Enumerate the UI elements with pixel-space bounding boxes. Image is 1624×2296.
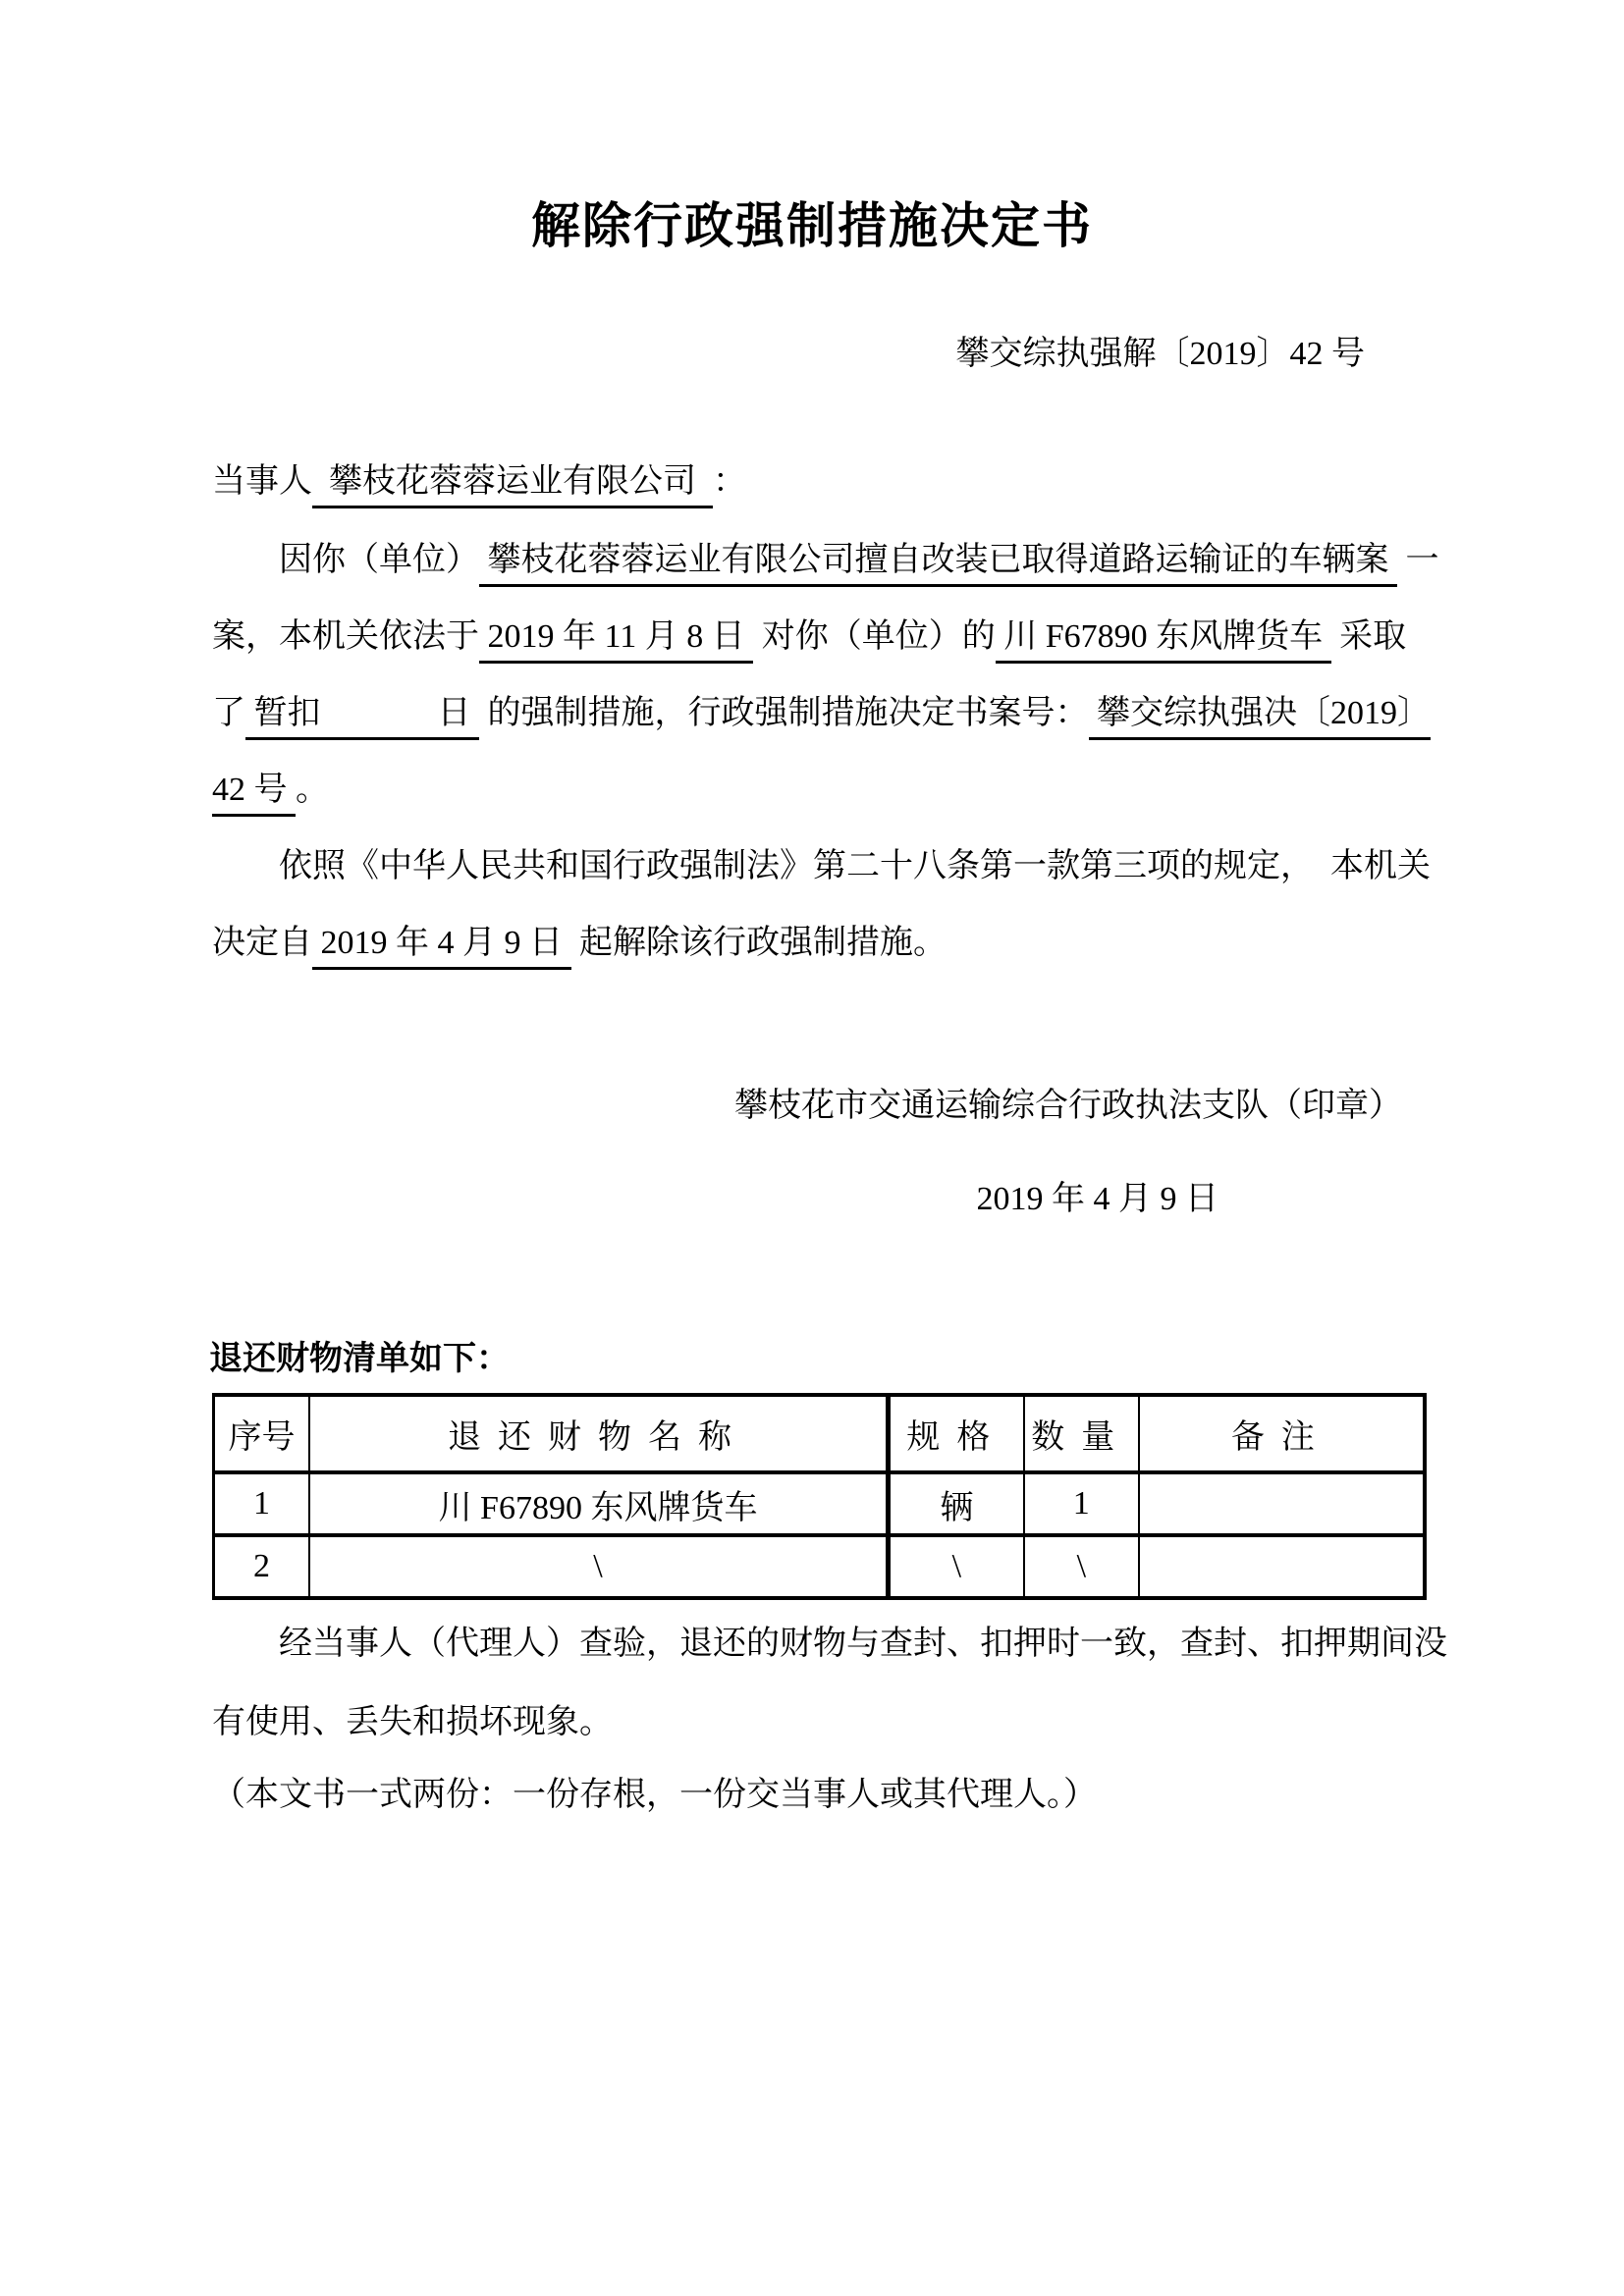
table-body: 1 川 F67890 东风牌货车 辆 1 2 \ \ \ — [214, 1472, 1426, 1598]
header-seq: 序号 — [214, 1395, 309, 1472]
body-text: 采取 — [1331, 618, 1407, 655]
body-line-4: 42 号 。 — [212, 768, 1439, 817]
body-line-5: 依照《中华人民共和国行政强制法》第二十八条第一款第三项的规定， 本机关 — [212, 844, 1506, 889]
measure-type-blank: 暂扣 日 — [245, 694, 479, 740]
case-number-blank-cont: 42 号 — [212, 771, 296, 817]
header-note: 备注 — [1139, 1395, 1425, 1472]
body-text: 起解除该行政强制措施。 — [571, 925, 947, 961]
body-text: 经当事人（代理人）查验，退还的财物与查封、扣押时一致，查封、扣押期间没 — [279, 1626, 1447, 1662]
party-line: 当事人 攀枝花蓉蓉运业有限公司 ： — [212, 459, 1439, 508]
body-text: 因你（单位） — [279, 542, 479, 578]
cell-item-name: 川 F67890 东风牌货车 — [309, 1472, 889, 1535]
release-date-blank: 2019 年 4 月 9 日 — [312, 924, 571, 970]
table-row: 1 川 F67890 东风牌货车 辆 1 — [214, 1472, 1426, 1535]
header-qty: 数量 — [1024, 1395, 1139, 1472]
table-header-row: 序号 退还财物名称 规格 数量 备注 — [214, 1395, 1426, 1472]
body-text: 案，本机关依法于 — [212, 618, 479, 655]
measure-date-blank: 2019 年 11 月 8 日 — [479, 617, 753, 664]
body-text: 有使用、丢失和损坏现象。 — [212, 1704, 613, 1740]
cell-spec: 辆 — [889, 1472, 1024, 1535]
body-text: 一 — [1397, 542, 1439, 578]
cell-seq: 1 — [214, 1472, 309, 1535]
party-name-blank: 攀枝花蓉蓉运业有限公司 — [312, 462, 713, 508]
doc-number: 攀交综执强解〔2019〕42 号 — [956, 326, 1366, 374]
copies-note-line: （本文书一式两份：一份存根，一份交当事人或其代理人。） — [212, 1773, 1439, 1818]
document-title: 解除行政强制措施决定书 — [0, 187, 1624, 257]
body-text: 对你（单位）的 — [753, 618, 996, 655]
document-page: 解除行政强制措施决定书 攀交综执强解〔2019〕42 号 当事人 攀枝花蓉蓉运业… — [0, 0, 1624, 2296]
returned-items-heading: 退还财物清单如下： — [209, 1331, 510, 1379]
header-spec: 规格 — [889, 1395, 1024, 1472]
body-line-3: 了 暂扣 日 的强制措施，行政强制措施决定书案号： 攀交综执强决〔2019〕 — [212, 691, 1439, 740]
body-line-1: 因你（单位） 攀枝花蓉蓉运业有限公司擅自改装已取得道路运输证的车辆案 一 — [212, 538, 1506, 587]
party-label: 当事人 — [212, 463, 312, 500]
issuing-authority-signature: 攀枝花市交通运输综合行政执法支队（印章） — [212, 1078, 1427, 1126]
body-text: （本文书一式两份：一份存根，一份交当事人或其代理人。） — [212, 1777, 1097, 1813]
cell-note — [1139, 1472, 1425, 1535]
cell-qty: 1 — [1024, 1472, 1139, 1535]
body-text: 依照《中华人民共和国行政强制法》第二十八条第一款第三项的规定， 本机关 — [279, 848, 1431, 884]
party-colon: ： — [713, 463, 746, 500]
case-name-blank: 攀枝花蓉蓉运业有限公司擅自改装已取得道路运输证的车辆案 — [479, 541, 1397, 587]
case-number-blank: 攀交综执强决〔2019〕 — [1089, 694, 1432, 740]
body-text: 的强制措施，行政强制措施决定书案号： — [479, 695, 1089, 731]
cell-note — [1139, 1535, 1425, 1598]
doc-number-line: 攀交综执强解〔2019〕42 号 — [212, 326, 1427, 374]
cell-qty-crossed: \ — [1024, 1535, 1139, 1598]
table-row: 2 \ \ \ — [214, 1535, 1426, 1598]
returned-items-table: 序号 退还财物名称 规格 数量 备注 1 川 F67890 东风牌货车 辆 1 … — [212, 1393, 1427, 1600]
cell-item-name-crossed: \ — [309, 1535, 889, 1598]
body-line-6: 决定自 2019 年 4 月 9 日 起解除该行政强制措施。 — [212, 921, 1439, 970]
table-head: 序号 退还财物名称 规格 数量 备注 — [214, 1395, 1426, 1472]
cell-seq: 2 — [214, 1535, 309, 1598]
body-text: 决定自 — [212, 925, 312, 961]
body-line-2: 案，本机关依法于 2019 年 11 月 8 日 对你（单位）的 川 F6789… — [212, 614, 1439, 664]
verification-line-1: 经当事人（代理人）查验，退还的财物与查封、扣押时一致，查封、扣押期间没 — [212, 1622, 1506, 1667]
body-text: 。 — [296, 772, 329, 808]
verification-line-2: 有使用、丢失和损坏现象。 — [212, 1700, 1439, 1745]
body-text: 了 — [212, 695, 245, 731]
cell-spec-crossed: \ — [889, 1535, 1024, 1598]
issue-date: 2019 年 4 月 9 日 — [212, 1171, 1427, 1219]
header-item-name: 退还财物名称 — [309, 1395, 889, 1472]
vehicle-blank: 川 F67890 东风牌货车 — [996, 617, 1331, 664]
